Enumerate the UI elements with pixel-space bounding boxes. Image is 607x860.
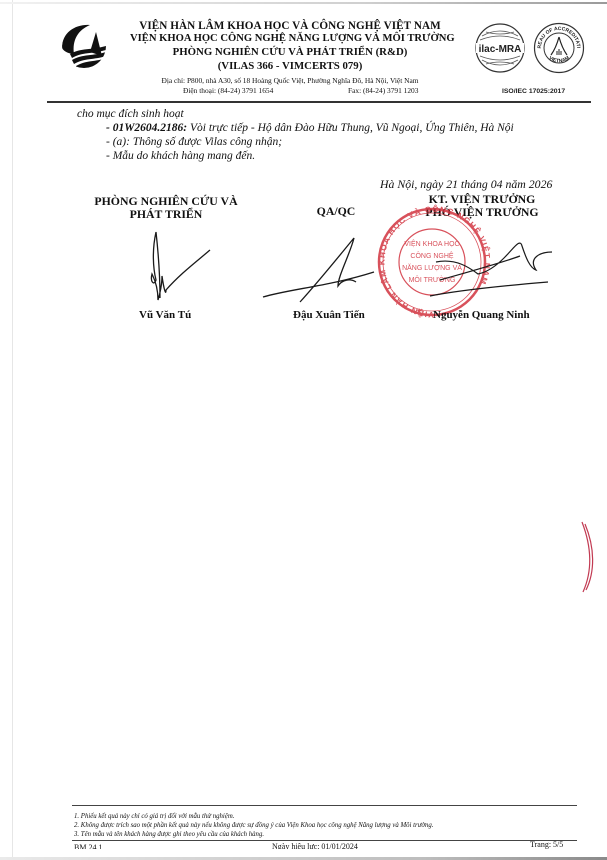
svg-text:ilac-MRA: ilac-MRA xyxy=(479,44,522,55)
page-edge xyxy=(12,0,13,860)
svg-text:★: ★ xyxy=(416,307,422,315)
svg-text:MÔI TRƯỜNG: MÔI TRƯỜNG xyxy=(409,275,456,284)
ilac-mra-icon: ilac-MRA xyxy=(474,22,526,74)
footer-divider-top xyxy=(72,805,577,806)
bureau-accreditation-icon: BUREAU OF ACCREDITATION VIETNAM xyxy=(533,22,585,74)
svg-text:VIỆN HÀN LÂM KHOA HỌC VÀ CÔNG: VIỆN HÀN LÂM KHOA HỌC VÀ CÔNG NGHỆ VIỆT … xyxy=(377,203,492,320)
accreditation-codes: (VILAS 366 - VIMCERTS 079) xyxy=(130,60,450,72)
svg-text:VIỆN KHOA HỌC: VIỆN KHOA HỌC xyxy=(404,239,459,248)
director-signature-title: KT. VIỆN TRƯỞNGPHÓ VIỆN TRƯỞNG xyxy=(392,193,572,219)
svg-text:NĂNG LƯỢNG VÀ: NĂNG LƯỢNG VÀ xyxy=(402,263,462,272)
signature-dau-xuan-tien xyxy=(263,238,374,302)
official-stamp-icon: VIỆN HÀN LÂM KHOA HỌC VÀ CÔNG NGHỆ VIỆT … xyxy=(377,203,492,320)
footer-note: 2. Không được trích sao một phần kết quả… xyxy=(74,822,434,829)
sample-line: - 01W2604.2186: Vòi trực tiếp - Hộ dân Đ… xyxy=(106,122,514,134)
svg-text:CÔNG NGHỆ: CÔNG NGHỆ xyxy=(410,251,454,260)
form-code: BM 24.1 xyxy=(74,843,102,849)
signature-nguyen-quang-ninh xyxy=(430,243,552,296)
effective-date: Ngày hiệu lực: 01/01/2024 xyxy=(272,842,358,849)
institute-logo-icon xyxy=(60,22,108,70)
rd-signature-title: PHÒNG NGHIÊN CỨU VÀPHÁT TRIỂN xyxy=(86,195,246,221)
phone: Điện thoại: (84-24) 3791 1654 xyxy=(183,86,273,95)
signer-name-rd: Vũ Văn Tú xyxy=(139,309,191,321)
fax: Fax: (84-24) 3791 1203 xyxy=(348,86,418,95)
iso-standard: ISO/IEC 17025:2017 xyxy=(502,88,565,95)
footer-note: 1. Phiếu kết quả này chỉ có giá trị đối … xyxy=(74,813,234,820)
page-number: Trang: 5/5 xyxy=(530,840,563,849)
signing-date: Hà Nội, ngày 21 tháng 04 năm 2026 xyxy=(380,177,552,192)
note-vilas: - (a): Thông số được Vilas công nhận; xyxy=(106,136,282,148)
page-seal-edge xyxy=(582,522,593,592)
address: Địa chỉ: P800, nhà A30, số 18 Hoàng Quốc… xyxy=(130,76,450,85)
purpose-line: cho mục đích sinh hoạt xyxy=(77,108,184,120)
qaqc-signature-title: QA/QC xyxy=(296,205,376,218)
department-name: PHÒNG NGHIÊN CỨU VÀ PHÁT TRIỂN (R&D) xyxy=(130,46,450,58)
svg-text:VIETNAM: VIETNAM xyxy=(547,55,570,64)
sample-description: Vòi trực tiếp - Hộ dân Đào Hữu Thung, Vũ… xyxy=(187,122,514,134)
footer-note: 3. Tên mẫu và tên khách hàng được ghi th… xyxy=(74,831,264,838)
signer-name-director: Nguyễn Quang Ninh xyxy=(433,309,530,321)
sample-code: - 01W2604.2186: xyxy=(106,122,187,134)
institute-name: VIỆN KHOA HỌC CÔNG NGHỆ NĂNG LƯỢNG VÀ MÔ… xyxy=(130,33,450,44)
header-divider xyxy=(47,101,591,103)
signer-name-qaqc: Đậu Xuân Tiến xyxy=(293,309,365,321)
page-edge-top xyxy=(0,2,607,4)
academy-name: VIỆN HÀN LÂM KHOA HỌC VÀ CÔNG NGHỆ VIỆT … xyxy=(130,20,450,32)
signature-vu-van-tu xyxy=(151,232,210,300)
footer-divider-bottom xyxy=(72,840,577,841)
note-customer-sample: - Mẫu do khách hàng mang đến. xyxy=(106,150,255,162)
